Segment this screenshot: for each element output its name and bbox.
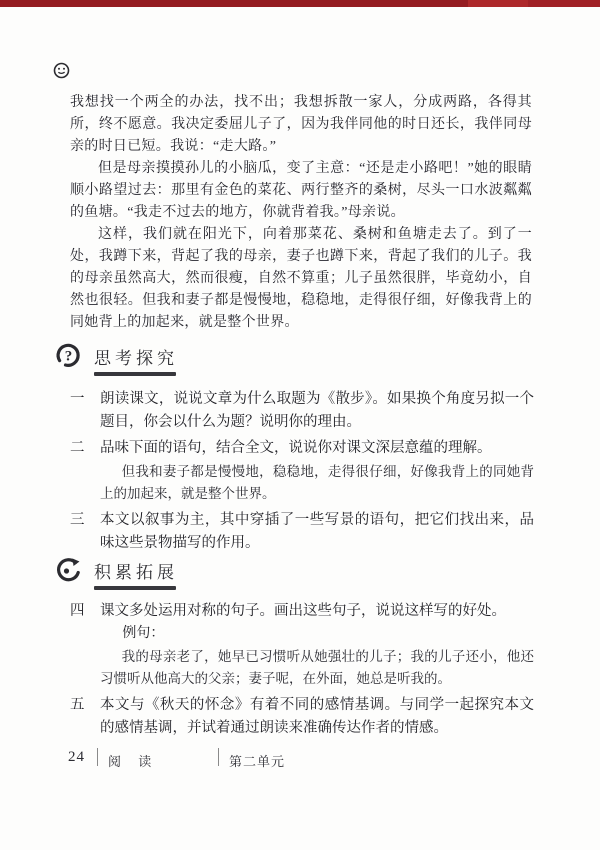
top-bar-light-segment: [468, 0, 528, 7]
svg-text:?: ?: [65, 349, 73, 365]
item-quote: 但我和妻子都是慢慢地，稳稳地，走得很仔细，好像我背上的同她背上的加起来，就是整个…: [100, 461, 534, 504]
exercise-list-accumulate: 四 课文多处运用对称的句子。画出这些句子，说说这样写的好处。 例句： 我的母亲老…: [70, 600, 534, 743]
page-footer: 24 阅 读 第二单元: [0, 748, 600, 770]
top-bar-right-segment: [528, 0, 600, 7]
cycle-arrow-icon: [55, 556, 82, 583]
body-paragraph: 这样，我们就在阳光下，向着那菜花、桑树和鱼塘走去了。到了一处，我蹲下来，背起了我…: [70, 224, 532, 334]
section-title: 思考探究: [94, 349, 178, 368]
exercise-list-thinking: 一 朗读课文，说说文章为什么取题为《散步》。如果换个角度另拟一个题目，你会以什么…: [70, 388, 534, 558]
section-heading-thinking: ? 思考探究: [55, 342, 178, 376]
footer-divider: [97, 748, 98, 766]
page-top-color-bar: [0, 0, 600, 7]
textbook-page: 我想找一个两全的办法，找不出；我想拆散一家人，分成两路，各得其所，终不愿意。我决…: [0, 0, 600, 850]
footer-section-label: 阅 读: [108, 751, 158, 770]
footer-unit-label: 第二单元: [229, 751, 285, 770]
item-text: 本文与《秋天的怀念》有着不同的感情基调。与同学一起探究本文的感情基调，并试着通过…: [100, 694, 534, 740]
exercise-item: 三 本文以叙事为主，其中穿插了一些写景的语句，把它们找出来，品味这些景物描写的作…: [70, 509, 534, 555]
item-number: 四: [70, 600, 100, 691]
item-number: 二: [70, 437, 100, 506]
smiley-face-icon: [53, 62, 70, 79]
heading-underline: [94, 372, 176, 376]
exercise-item: 四 课文多处运用对称的句子。画出这些句子，说说这样写的好处。 例句： 我的母亲老…: [70, 600, 534, 691]
exercise-item: 五 本文与《秋天的怀念》有着不同的感情基调。与同学一起探究本文的感情基调，并试着…: [70, 694, 534, 740]
item-number: 三: [70, 509, 100, 555]
footer-divider: [218, 748, 219, 766]
item-text: 本文以叙事为主，其中穿插了一些写景的语句，把它们找出来，品味这些景物描写的作用。: [100, 509, 534, 555]
example-label: 例句：: [100, 623, 534, 645]
item-text: 课文多处运用对称的句子。画出这些句子，说说这样写的好处。: [100, 603, 506, 619]
body-paragraph: 我想找一个两全的办法，找不出；我想拆散一家人，分成两路，各得其所，终不愿意。我决…: [70, 92, 532, 158]
heading-underline: [94, 586, 176, 590]
question-circle-icon: ?: [55, 342, 82, 369]
item-quote: 我的母亲老了，她早已习惯听从她强壮的儿子；我的儿子还小，他还习惯听从他高大的父亲…: [100, 646, 534, 689]
page-number: 24: [68, 749, 85, 766]
exercise-item: 二 品味下面的语句，结合全文，说说你对课文深层意蕴的理解。 但我和妻子都是慢慢地…: [70, 437, 534, 506]
item-number: 一: [70, 388, 100, 434]
item-text: 朗读课文，说说文章为什么取题为《散步》。如果换个角度另拟一个题目，你会以什么为题…: [100, 388, 534, 434]
body-paragraph: 但是母亲摸摸孙儿的小脑瓜，变了主意：“还是走小路吧！”她的眼睛顺小路望过去：那里…: [70, 158, 532, 224]
section-title: 积累拓展: [94, 563, 178, 582]
item-number: 五: [70, 694, 100, 740]
exercise-item: 一 朗读课文，说说文章为什么取题为《散步》。如果换个角度另拟一个题目，你会以什么…: [70, 388, 534, 434]
lesson-body-text: 我想找一个两全的办法，找不出；我想拆散一家人，分成两路，各得其所，终不愿意。我决…: [70, 92, 532, 334]
section-heading-accumulate: 积累拓展: [55, 556, 178, 590]
item-text: 品味下面的语句，结合全文，说说你对课文深层意蕴的理解。: [100, 440, 492, 456]
